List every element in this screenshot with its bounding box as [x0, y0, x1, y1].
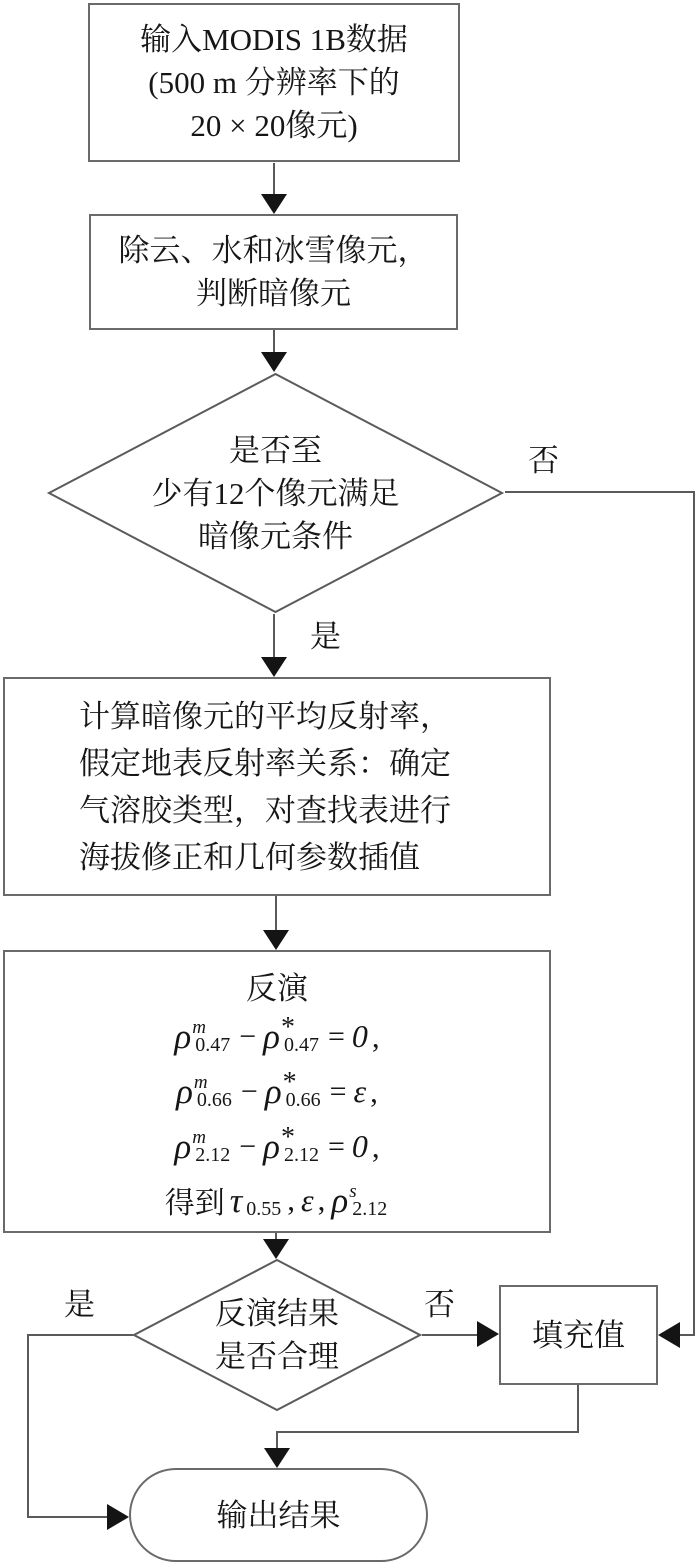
arrowhead-right-icon	[107, 1504, 129, 1530]
branch-label-yes: 是	[310, 620, 341, 654]
node-text-line: 少有12个像元满足	[152, 472, 400, 515]
node-input-modis-data: 输入MODIS 1B数据 (500 m 分辨率下的 20 × 20像元)	[88, 3, 460, 162]
arrowhead-down-icon	[264, 1448, 290, 1468]
rho-symbol: ρ	[174, 1129, 191, 1164]
node-text-line: 输出结果	[217, 1494, 341, 1537]
branch-label-no: 否	[528, 444, 559, 478]
decision-dark-pixel-count: 是否至 少有12个像元满足 暗像元条件	[46, 372, 505, 614]
arrowhead-left-icon	[658, 1322, 680, 1348]
equation-066: ρm0.66 − ρ*0.66 = ε ,	[176, 1064, 378, 1119]
node-text-line: 海拔修正和几何参数插值	[79, 834, 420, 881]
rho-symbol: ρ	[331, 1183, 348, 1218]
branch-label-yes: 是	[64, 1288, 95, 1322]
node-text-line: 计算暗像元的平均反射率，	[79, 693, 451, 740]
node-remove-cloud-water-snow: 除云、水和冰雪像元， 判断暗像元	[89, 214, 458, 330]
node-output-result: 输出结果	[129, 1468, 428, 1562]
arrowhead-down-icon	[263, 930, 289, 950]
rho-symbol: ρ	[265, 1074, 282, 1109]
connector-line	[693, 491, 695, 1336]
epsilon-symbol: ε	[301, 1182, 314, 1219]
tau-symbol: τ	[230, 1183, 243, 1218]
connector-line	[275, 896, 277, 932]
node-text-line: 输入MODIS 1B数据	[140, 18, 408, 61]
rho-symbol: ρ	[174, 1019, 191, 1054]
equation-212: ρm2.12 − ρ*2.12 = 0 ,	[174, 1119, 379, 1174]
node-text-line: 20 × 20像元)	[190, 104, 357, 147]
connector-line	[27, 1334, 29, 1518]
node-fill-value: 填充值	[499, 1285, 658, 1385]
arrowhead-down-icon	[261, 352, 287, 372]
connector-line	[27, 1334, 133, 1336]
node-compute-reflectance: 计算暗像元的平均反射率， 假定地表反射率关系：确定 气溶胶类型，对查找表进行 海…	[3, 677, 551, 896]
node-text-line: 判断暗像元	[196, 272, 351, 315]
decision-result-validity: 反演结果 是否合理	[132, 1258, 422, 1412]
node-text-line: 除云、水和冰雪像元，	[119, 229, 429, 272]
connector-line	[27, 1516, 108, 1518]
flowchart-canvas: 输入MODIS 1B数据 (500 m 分辨率下的 20 × 20像元) 除云、…	[0, 0, 700, 1568]
connector-line	[422, 1334, 478, 1336]
node-text-line: 假定地表反射率关系：确定	[79, 740, 451, 787]
node-text-line: 填充值	[532, 1314, 625, 1357]
node-text-line: 是否合理	[215, 1335, 339, 1378]
rho-symbol: ρ	[176, 1074, 193, 1109]
arrowhead-down-icon	[263, 1239, 289, 1259]
equation-obtain: 得到 τ0.55 , ε , ρs2.12	[165, 1174, 389, 1226]
branch-label-no: 否	[424, 1288, 455, 1322]
node-text-line: 是否至	[229, 429, 322, 472]
rho-symbol: ρ	[263, 1019, 280, 1054]
connector-line	[273, 614, 275, 658]
rho-symbol: ρ	[263, 1129, 280, 1164]
connector-line	[577, 1385, 579, 1433]
equation-047: ρm0.47 − ρ*0.47 = 0 ,	[174, 1009, 379, 1064]
node-text-line: 反演结果	[215, 1292, 339, 1335]
connector-line	[276, 1431, 579, 1433]
node-text-line: 气溶胶类型，对查找表进行	[79, 787, 451, 834]
node-inversion: 反演 ρm0.47 − ρ*0.47 = 0 , ρm0.66 − ρ*0.66…	[3, 950, 551, 1233]
arrowhead-down-icon	[261, 657, 287, 677]
inversion-title: 反演	[246, 969, 308, 1009]
node-text-line: 暗像元条件	[198, 515, 353, 558]
node-text-line: (500 m 分辨率下的	[148, 61, 399, 104]
connector-line	[273, 163, 275, 196]
arrowhead-right-icon	[477, 1321, 499, 1347]
connector-line	[505, 491, 695, 493]
arrowhead-down-icon	[261, 194, 287, 214]
